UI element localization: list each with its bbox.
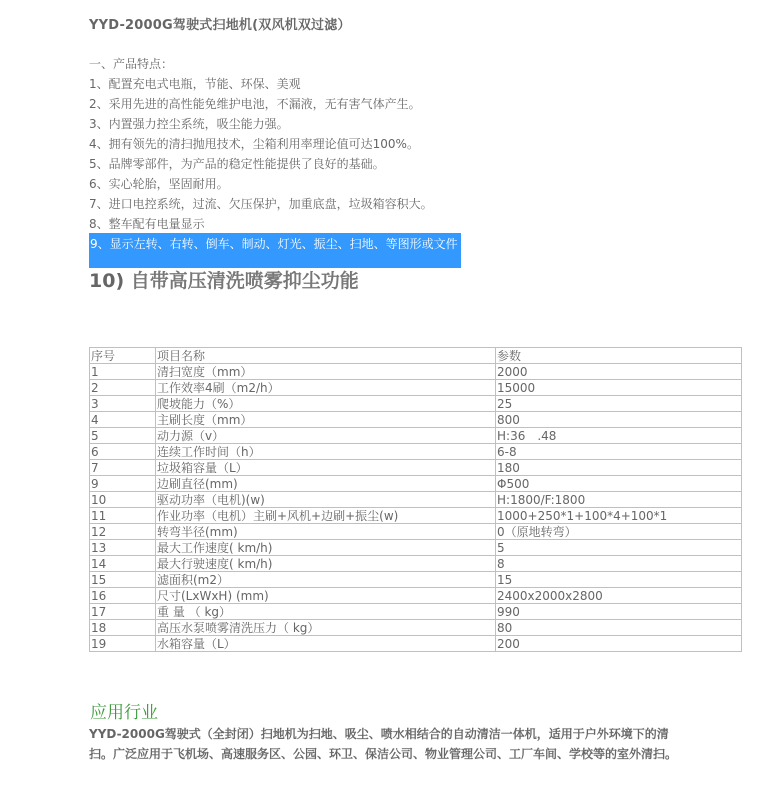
table-row: 5动力源（v）H:36 .48 [90, 428, 742, 444]
row-number-cell: 15 [90, 572, 156, 588]
table-row: 11作业功率（电机）主刷+风机+边刷+振尘(w)1000+250*1+100*4… [90, 508, 742, 524]
item-name-cell: 驱动功率（电机)(w) [156, 492, 496, 508]
feature-item: 1、配置充电式电瓶，节能、环保、美观 [89, 74, 489, 94]
spec-table: 序号 项目名称 参数 1清扫宽度（mm）20002工作效率4刷（m2/h）150… [89, 347, 742, 652]
item-name-cell: 重 量 （ kg） [156, 604, 496, 620]
table-row: 15滤面积(m2）15 [90, 572, 742, 588]
feature-item: 8、整车配有电量显示 [89, 214, 489, 234]
table-row: 1清扫宽度（mm）2000 [90, 364, 742, 380]
header-cell: 项目名称 [156, 348, 496, 364]
param-value-cell: Φ500 [496, 476, 742, 492]
row-number-cell: 14 [90, 556, 156, 572]
table-row: 19水箱容量（L）200 [90, 636, 742, 652]
features-list: 一、产品特点： 1、配置充电式电瓶，节能、环保、美观 2、采用先进的高性能免维护… [89, 54, 489, 234]
row-number-cell: 4 [90, 412, 156, 428]
features-heading: 一、产品特点： [89, 54, 489, 74]
param-value-cell: 0（原地转弯） [496, 524, 742, 540]
subheading-number: 10) [89, 270, 124, 292]
feature-subheading: 10) 自带高压清洗喷雾抑尘功能 [89, 266, 359, 293]
row-number-cell: 17 [90, 604, 156, 620]
item-name-cell: 高压水泵喷雾清洗压力（ kg） [156, 620, 496, 636]
subheading-text: 自带高压清洗喷雾抑尘功能 [124, 270, 359, 292]
item-name-cell: 边刷直径(mm) [156, 476, 496, 492]
param-value-cell: 180 [496, 460, 742, 476]
table-header-row: 序号 项目名称 参数 [90, 348, 742, 364]
table-row: 9边刷直径(mm)Φ500 [90, 476, 742, 492]
selected-feature-highlight[interactable]: 9、显示左转、右转、倒车、制动、灯光、振尘、扫地、等图形或文件 [89, 233, 461, 268]
table-row: 13最大工作速度( km/h)5 [90, 540, 742, 556]
table-row: 12转弯半径(mm)0（原地转弯） [90, 524, 742, 540]
header-cell: 参数 [496, 348, 742, 364]
product-title: YYD-2000G驾驶式扫地机(双风机双过滤） [89, 14, 351, 33]
item-name-cell: 连续工作时间（h） [156, 444, 496, 460]
row-number-cell: 1 [90, 364, 156, 380]
feature-item: 3、内置强力控尘系统，吸尘能力强。 [89, 114, 489, 134]
row-number-cell: 11 [90, 508, 156, 524]
param-value-cell: 5 [496, 540, 742, 556]
table-row: 3爬坡能力（%）25 [90, 396, 742, 412]
item-name-cell: 爬坡能力（%） [156, 396, 496, 412]
feature-item: 4、拥有领先的清扫抛甩技术，尘箱利用率理论值可达100%。 [89, 134, 489, 154]
param-value-cell: 200 [496, 636, 742, 652]
param-value-cell: H:36 .48 [496, 428, 742, 444]
param-value-cell: 1000+250*1+100*4+100*1 [496, 508, 742, 524]
table-row: 16尺寸(LxWxH) (mm)2400x2000x2800 [90, 588, 742, 604]
table-row: 2工作效率4刷（m2/h）15000 [90, 380, 742, 396]
table-row: 10驱动功率（电机)(w)H:1800/F:1800 [90, 492, 742, 508]
param-value-cell: 15 [496, 572, 742, 588]
row-number-cell: 6 [90, 444, 156, 460]
item-name-cell: 最大行驶速度( km/h) [156, 556, 496, 572]
param-value-cell: 800 [496, 412, 742, 428]
row-number-cell: 5 [90, 428, 156, 444]
table-row: 14最大行驶速度( km/h)8 [90, 556, 742, 572]
item-name-cell: 清扫宽度（mm） [156, 364, 496, 380]
row-number-cell: 13 [90, 540, 156, 556]
feature-item: 6、实心轮胎，坚固耐用。 [89, 174, 489, 194]
feature-item: 5、品牌零部件，为产品的稳定性能提供了良好的基础。 [89, 154, 489, 174]
application-heading: 应用行业 [90, 698, 158, 723]
table-row: 18高压水泵喷雾清洗压力（ kg）80 [90, 620, 742, 636]
param-value-cell: 80 [496, 620, 742, 636]
item-name-cell: 转弯半径(mm) [156, 524, 496, 540]
header-cell: 序号 [90, 348, 156, 364]
item-name-cell: 尺寸(LxWxH) (mm) [156, 588, 496, 604]
param-value-cell: 990 [496, 604, 742, 620]
item-name-cell: 滤面积(m2） [156, 572, 496, 588]
item-name-cell: 主刷长度（mm） [156, 412, 496, 428]
row-number-cell: 3 [90, 396, 156, 412]
param-value-cell: 2400x2000x2800 [496, 588, 742, 604]
table-row: 17重 量 （ kg）990 [90, 604, 742, 620]
param-value-cell: H:1800/F:1800 [496, 492, 742, 508]
row-number-cell: 18 [90, 620, 156, 636]
param-value-cell: 8 [496, 556, 742, 572]
row-number-cell: 2 [90, 380, 156, 396]
param-value-cell: 25 [496, 396, 742, 412]
application-text: YYD-2000G驾驶式（全封闭）扫地机为扫地、吸尘、喷水相结合的自动清洁一体机… [89, 724, 679, 764]
row-number-cell: 10 [90, 492, 156, 508]
param-value-cell: 15000 [496, 380, 742, 396]
table-row: 7垃圾箱容量（L）180 [90, 460, 742, 476]
row-number-cell: 16 [90, 588, 156, 604]
param-value-cell: 6-8 [496, 444, 742, 460]
row-number-cell: 7 [90, 460, 156, 476]
row-number-cell: 12 [90, 524, 156, 540]
item-name-cell: 动力源（v） [156, 428, 496, 444]
feature-item: 7、进口电控系统，过流、欠压保护，加重底盘，垃圾箱容积大。 [89, 194, 489, 214]
table-row: 6连续工作时间（h）6-8 [90, 444, 742, 460]
item-name-cell: 最大工作速度( km/h) [156, 540, 496, 556]
row-number-cell: 19 [90, 636, 156, 652]
item-name-cell: 工作效率4刷（m2/h） [156, 380, 496, 396]
feature-item: 2、采用先进的高性能免维护电池，不漏液，无有害气体产生。 [89, 94, 489, 114]
row-number-cell: 9 [90, 476, 156, 492]
item-name-cell: 水箱容量（L） [156, 636, 496, 652]
param-value-cell: 2000 [496, 364, 742, 380]
table-row: 4主刷长度（mm）800 [90, 412, 742, 428]
item-name-cell: 垃圾箱容量（L） [156, 460, 496, 476]
item-name-cell: 作业功率（电机）主刷+风机+边刷+振尘(w) [156, 508, 496, 524]
